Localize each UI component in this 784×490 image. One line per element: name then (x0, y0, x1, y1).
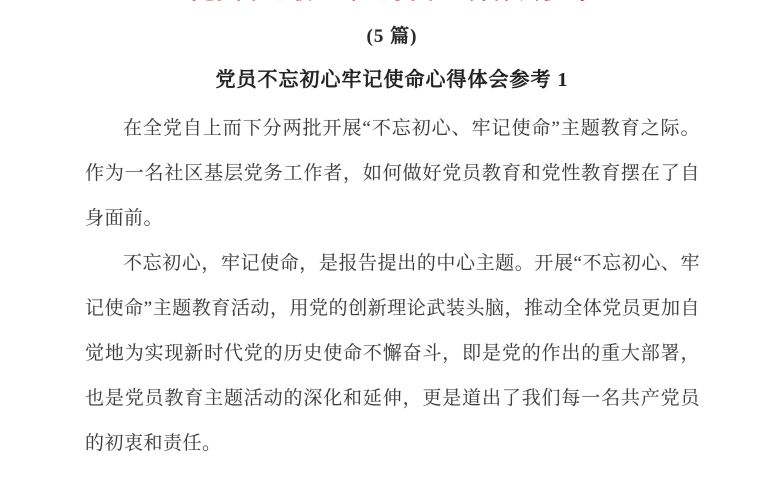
document-main-title-clipped: 党员不忘初心牢记使命心得体会参考 (0, 0, 784, 8)
clipped-title-strip: 党员不忘初心牢记使命心得体会参考 (0, 0, 784, 9)
section-heading: 党员不忘初心牢记使命心得体会参考 1 (0, 64, 784, 96)
paragraph: 不忘初心，牢记使命，是报告提出的中心主题。开展“不忘初心、牢记使命”主题教育活动… (85, 241, 700, 466)
document-page: 党员不忘初心牢记使命心得体会参考 (5 篇) 党员不忘初心牢记使命心得体会参考 … (0, 0, 784, 490)
document-body: 在全党自上而下分两批开展“不忘初心、牢记使命”主题教育之际。作为一名社区基层党务… (85, 106, 700, 466)
article-count-line: (5 篇) (0, 22, 784, 52)
paragraph: 在全党自上而下分两批开展“不忘初心、牢记使命”主题教育之际。作为一名社区基层党务… (85, 106, 700, 241)
